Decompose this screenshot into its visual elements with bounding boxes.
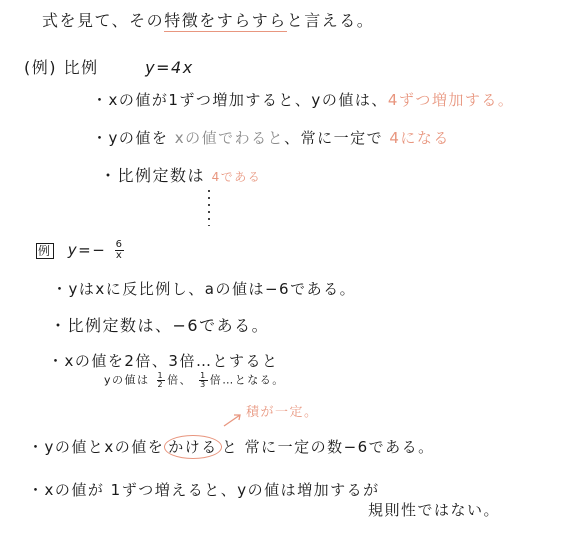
point-answer: 4ずつ増加する。 <box>388 91 515 109</box>
example2-equation-fraction: 6 x <box>115 240 125 261</box>
intro-suffix: と言える。 <box>287 11 375 30</box>
example2-point-4: ・yの値とxの値をかけると 常に一定の数−6である。 <box>28 440 435 455</box>
point-answer: 4である <box>212 170 262 184</box>
point-text-c: 倍…となる。 <box>210 374 285 387</box>
bullet: ・ <box>50 316 68 335</box>
example2-equation-lhs: y=− <box>68 241 107 259</box>
bullet: ・ <box>92 91 109 109</box>
point-text-a: yの値とxの値を <box>45 438 165 456</box>
point-text: xの値が 1ずつ増えると、yの値は増加するが <box>45 481 380 499</box>
intro-prefix: 式を見て、その <box>42 11 164 30</box>
fraction-one-half: 1 2 <box>157 372 166 389</box>
point-text: yはxに反比例し、aの値は−6である。 <box>69 280 357 298</box>
point-text: 比例定数は、−6である。 <box>68 316 270 335</box>
fraction-denominator: x <box>116 251 123 261</box>
bullet: ・ <box>28 438 45 456</box>
point-answer: 4になる <box>389 129 450 147</box>
example1-point-1: ・xの値が1ずつ増加すると、yの値は、4ずつ増加する。 <box>92 93 514 108</box>
product-constant-annotation: 積が一定。 <box>246 406 319 419</box>
example1-header: (例) 比例 y=4x <box>24 60 194 76</box>
example2-point-5-continuation: 規則性ではない。 <box>368 503 500 518</box>
bullet: ・ <box>48 352 65 370</box>
example2-point-5: ・xの値が 1ずつ増えると、yの値は増加するが <box>28 483 380 498</box>
fraction-one-third: 1 3 <box>199 372 208 389</box>
example2-point-2: ・比例定数は、−6である。 <box>50 318 269 334</box>
point-text-b: と 常に一定の数−6である。 <box>222 438 435 456</box>
example1-point-2: ・yの値を xの値でわると、常に一定で 4になる <box>92 131 450 146</box>
example2-point-1: ・yはxに反比例し、aの値は−6である。 <box>52 282 356 297</box>
point-text: 比例定数は <box>118 166 206 185</box>
point-text-c: 、常に一定で <box>284 129 383 147</box>
example2-header: 例 y=− 6 x <box>36 240 126 261</box>
bullet: ・ <box>92 129 109 147</box>
example1-label: (例) 比例 <box>24 58 99 77</box>
example1-point-3: ・比例定数は 4である <box>100 168 261 184</box>
point-text: xの値を2倍、3倍…とすると <box>65 352 279 370</box>
point-text-a: yの値は <box>104 374 150 387</box>
point-text-b: xの値でわると <box>175 129 284 147</box>
bullet: ・ <box>100 166 118 185</box>
bullet: ・ <box>52 280 69 298</box>
example2-point-3: ・xの値を2倍、3倍…とすると <box>48 354 278 369</box>
annotation-arrow-icon <box>222 412 244 428</box>
point-text: xの値が1ずつ増加すると、yの値は、 <box>109 91 388 109</box>
example2-label: 例 <box>36 243 54 259</box>
intro-line: 式を見て、その特徴をすらすらと言える。 <box>42 13 374 29</box>
bullet: ・ <box>28 481 45 499</box>
ellipsis-dots <box>208 190 210 226</box>
circled-word: かける <box>164 435 222 459</box>
example2-point-3-continuation: yの値は 1 2 倍、 1 3 倍…となる。 <box>104 372 285 389</box>
point-text-a: yの値を <box>109 129 169 147</box>
point-text-b: 倍、 <box>167 374 192 387</box>
point-text: 規則性ではない。 <box>368 501 500 519</box>
intro-emphasis: 特徴をすらすら <box>164 11 287 32</box>
example1-equation: y=4x <box>145 58 194 77</box>
